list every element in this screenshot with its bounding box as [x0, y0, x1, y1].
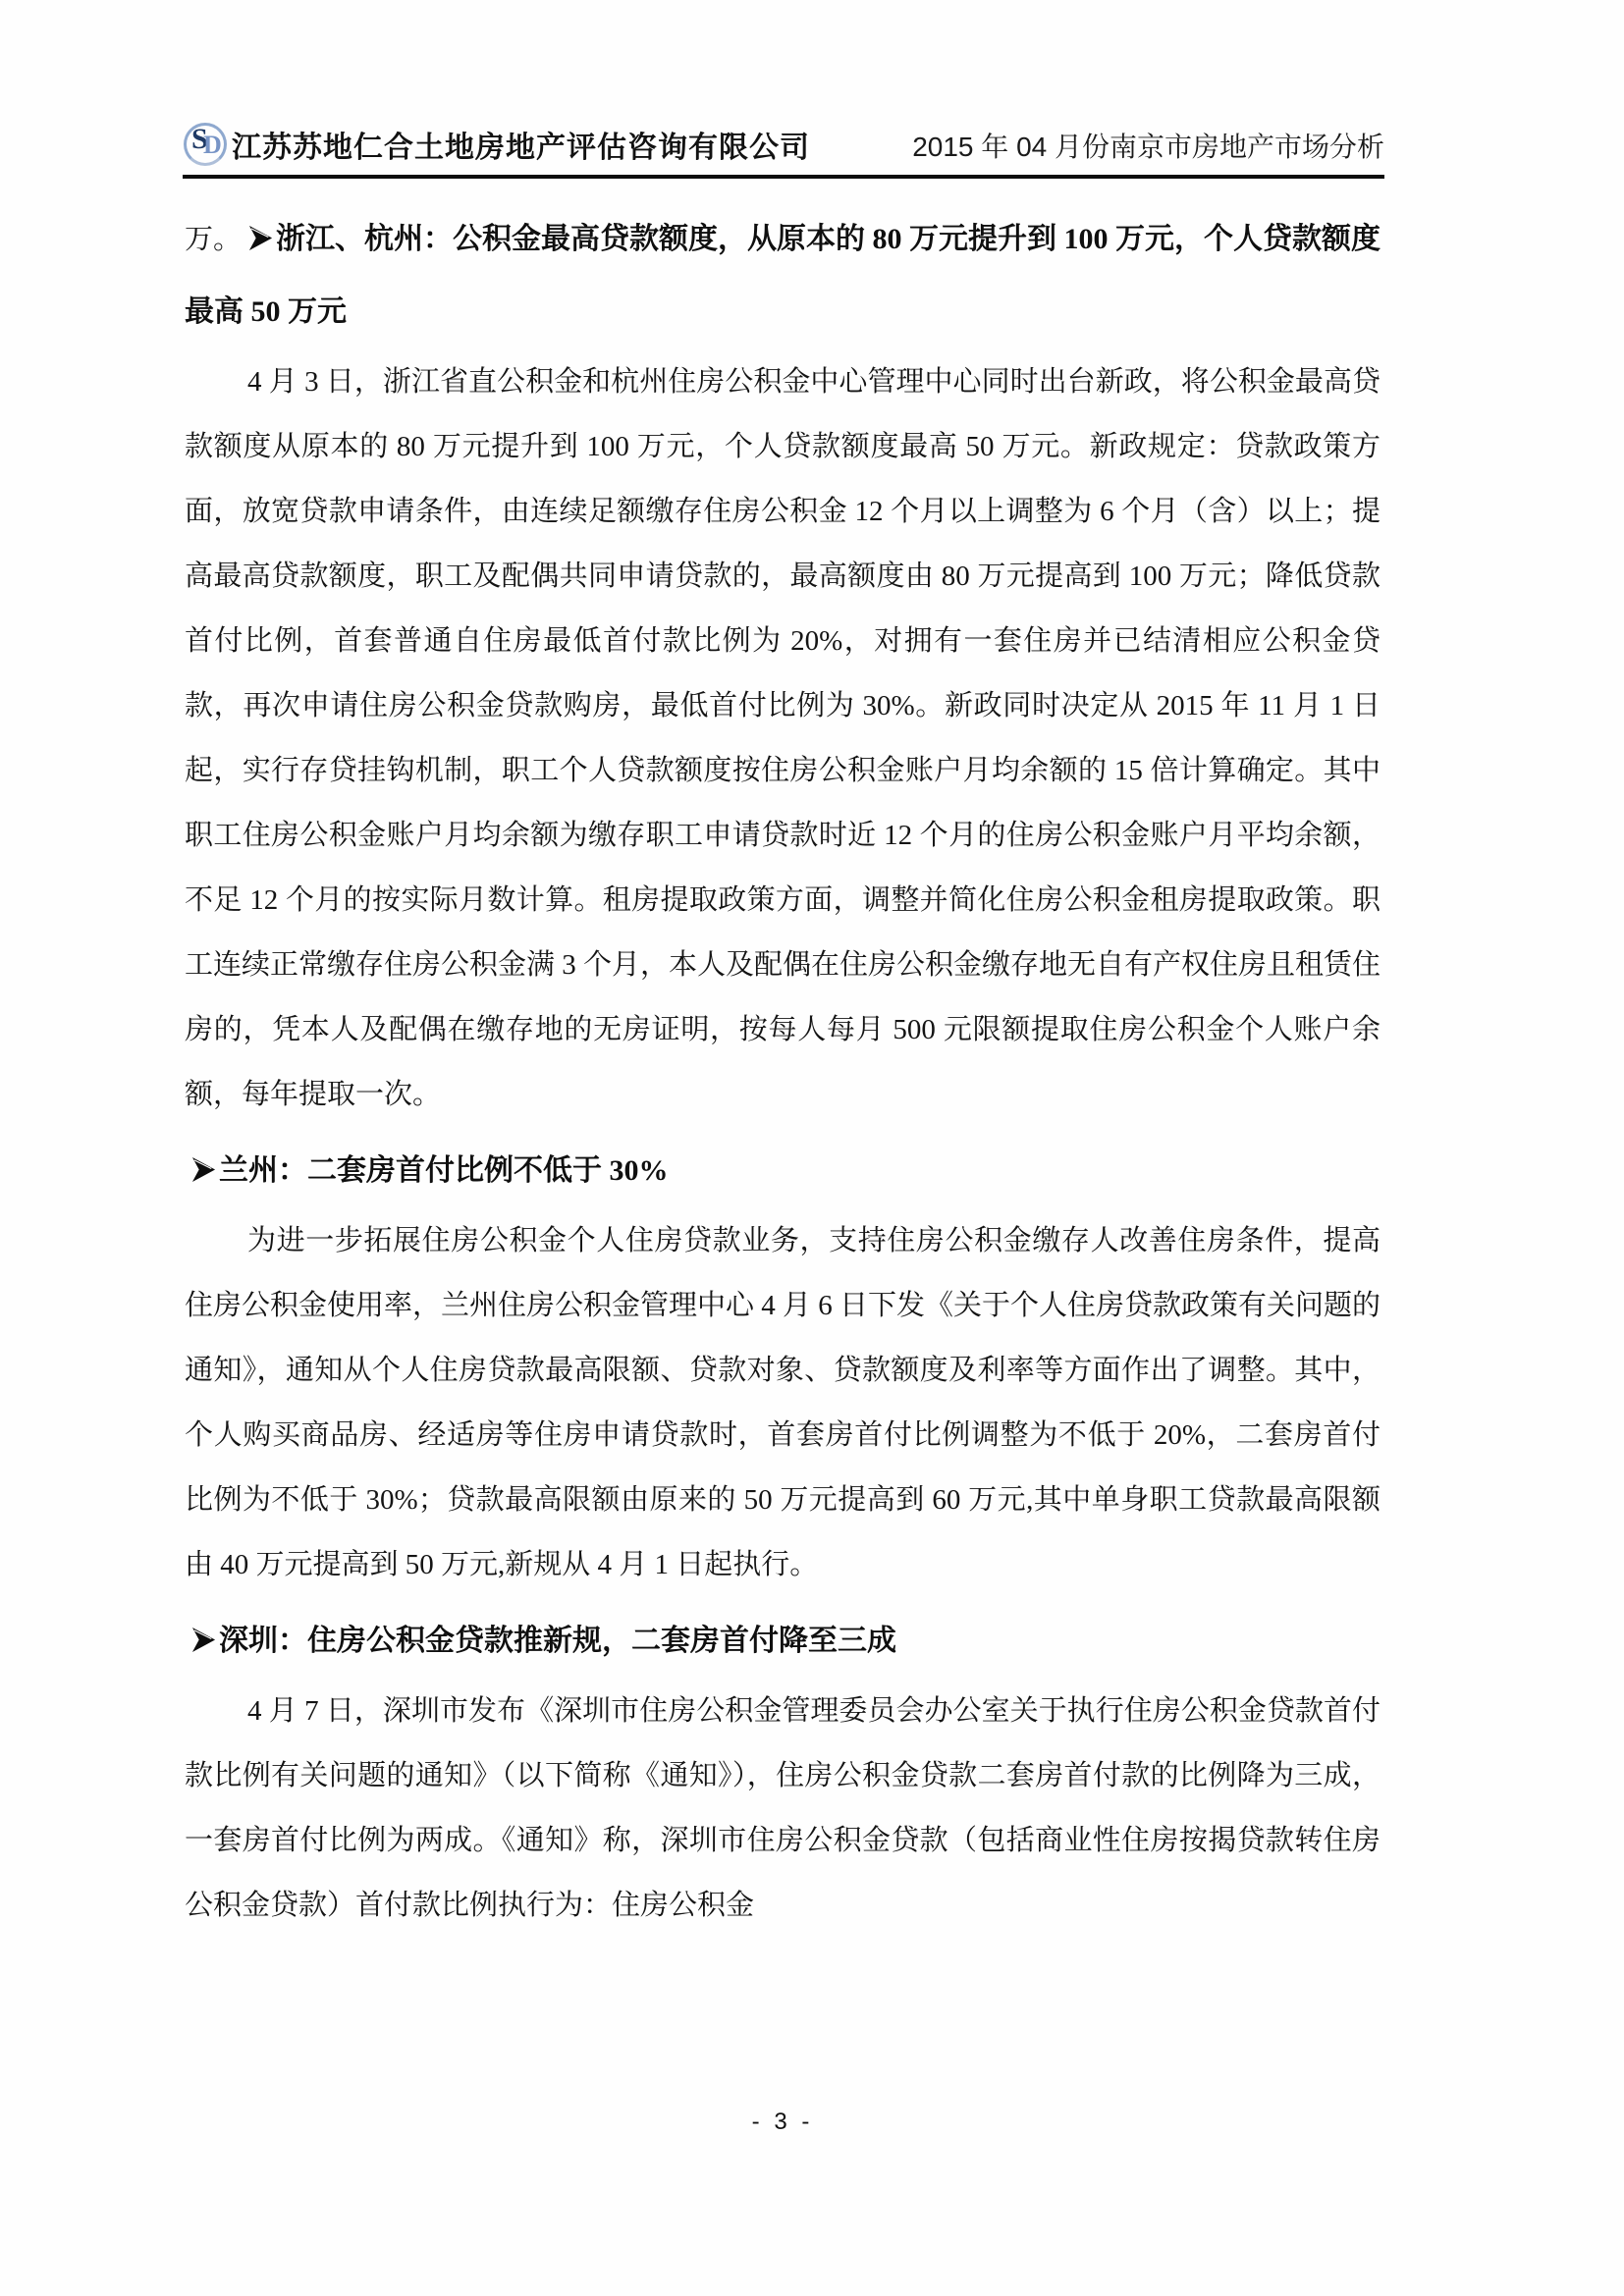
section-heading: 深圳：住房公积金贷款推新规，二套房首付降至三成	[185, 1605, 1380, 1677]
document-body: 万。浙江、杭州：公积金最高贷款额度，从原本的 80 万元提升到 100 万元，个…	[185, 197, 1380, 1946]
logo-letter-d: D	[203, 131, 222, 160]
report-title: 2015 年 04 月份南京市房地产市场分析	[912, 126, 1384, 167]
arrowhead-right-icon	[190, 1138, 217, 1164]
document-page: S D 江苏苏地仁合土地房地产评估咨询有限公司 2015 年 04 月份南京市房…	[0, 0, 1624, 2296]
section-heading-text: 兰州：二套房首付比例不低于 30%	[219, 1154, 669, 1187]
company-logo-icon: S D	[183, 122, 228, 167]
section-heading: 万。浙江、杭州：公积金最高贷款额度，从原本的 80 万元提升到 100 万元，个…	[185, 203, 1380, 347]
heading-lead-text: 万。	[185, 224, 242, 255]
page-footer: - 3 -	[185, 2109, 1380, 2136]
company-name: 江苏苏地仁合土地房地产评估咨询有限公司	[232, 123, 810, 166]
arrowhead-right-icon	[247, 206, 274, 233]
body-paragraph: 4 月 3 日，浙江省直公积金和杭州住房公积金中心管理中心同时出台新政，将公积金…	[185, 349, 1380, 1127]
section-heading: 兰州：二套房首付比例不低于 30%	[185, 1135, 1380, 1206]
page-number: - 3 -	[752, 2109, 814, 2135]
section-heading-text: 浙江、杭州：公积金最高贷款额度，从原本的 80 万元提升到 100 万元，个人贷…	[185, 223, 1380, 328]
company-brand: S D 江苏苏地仁合土地房地产评估咨询有限公司	[183, 122, 810, 167]
page-header: S D 江苏苏地仁合土地房地产评估咨询有限公司 2015 年 04 月份南京市房…	[183, 96, 1384, 179]
section-heading-text: 深圳：住房公积金贷款推新规，二套房首付降至三成	[219, 1625, 896, 1657]
body-paragraph: 为进一步拓展住房公积金个人住房贷款业务，支持住房公积金缴存人改善住房条件，提高住…	[185, 1208, 1380, 1597]
body-paragraph: 4 月 7 日，深圳市发布《深圳市住房公积金管理委员会办公室关于执行住房公积金贷…	[185, 1679, 1380, 1938]
arrowhead-right-icon	[190, 1608, 217, 1634]
